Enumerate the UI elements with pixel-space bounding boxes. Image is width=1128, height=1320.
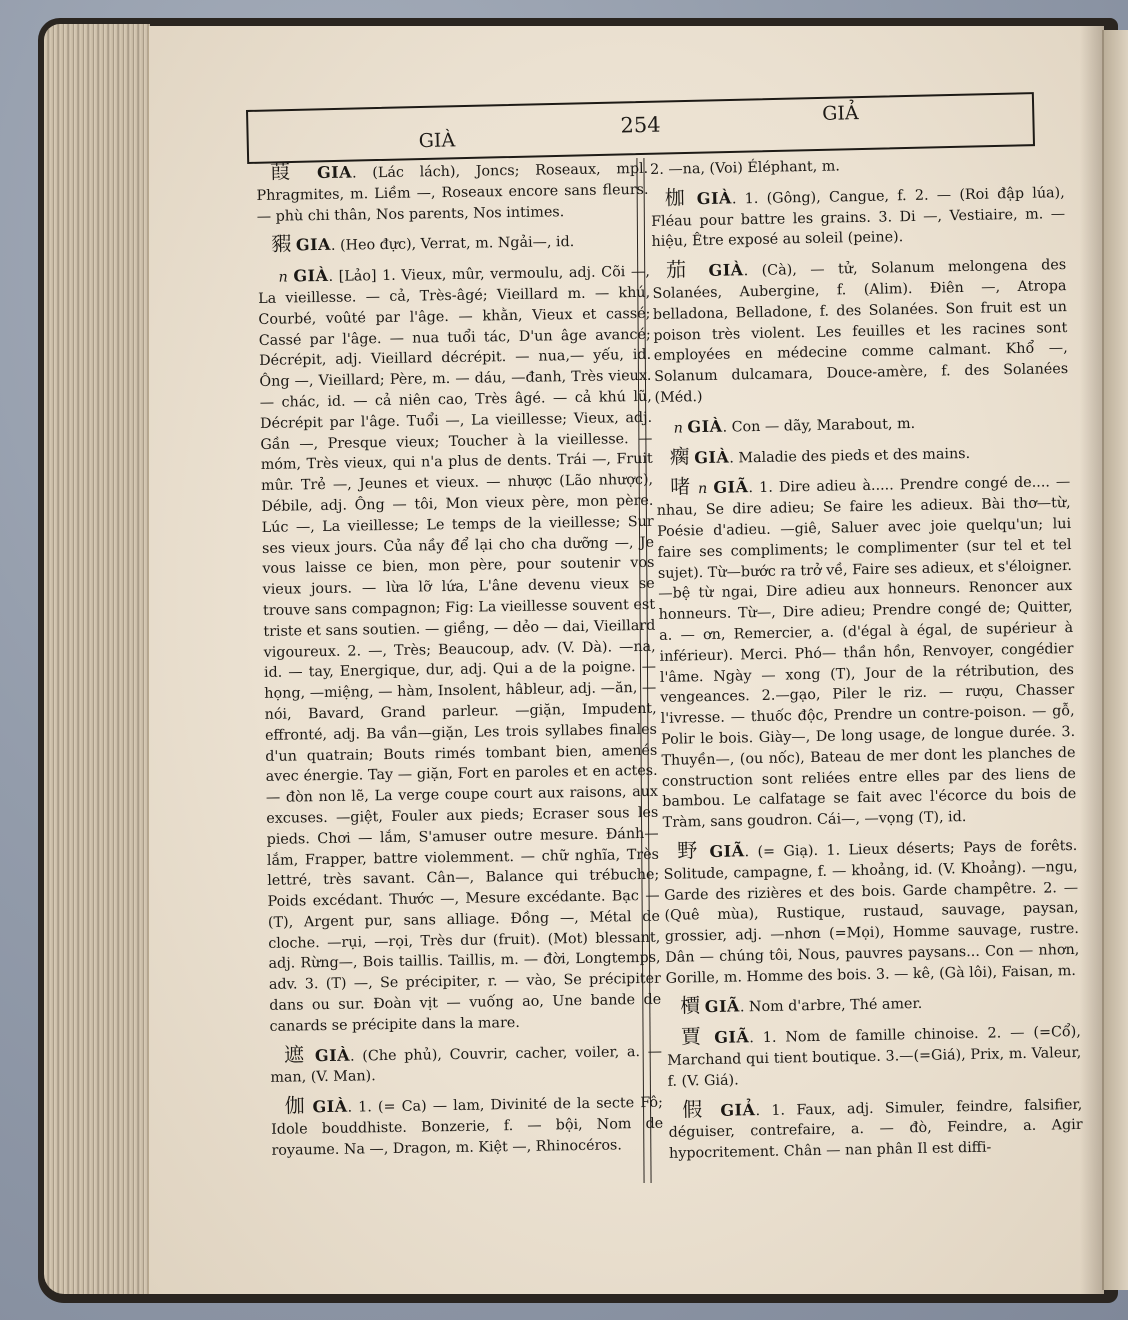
dictionary-entry: 伽 GIÀ. 1. (= Ca) — lam, Divinité de la s… bbox=[271, 1090, 664, 1162]
entry-definition: 2. —na, (Voi) Éléphant, m. bbox=[650, 158, 840, 178]
hanzi-character: 遮 bbox=[284, 1042, 308, 1066]
headword: GIÀ bbox=[694, 447, 729, 467]
dictionary-entry: 枷 GIÀ. 1. (Gông), Cangue, f. 2. — (Roi đ… bbox=[651, 180, 1066, 253]
headword: GIÃ bbox=[709, 841, 744, 861]
dictionary-entry: 茄 GIÀ. (Cà), — tử, Solanum melongena des… bbox=[652, 252, 1069, 408]
facing-page-edge bbox=[1102, 30, 1128, 1290]
hanzi-character: 茄 bbox=[666, 257, 695, 282]
headword: GIÀ bbox=[315, 1045, 350, 1065]
page-edges bbox=[44, 24, 150, 1294]
headword: GIÀ bbox=[697, 188, 732, 208]
hanzi-character: 葭 bbox=[270, 159, 302, 183]
headword: GIẢ bbox=[720, 1100, 755, 1120]
headword: GIA bbox=[296, 235, 331, 255]
dictionary-entry: 賈 GIÃ. 1. Nom de famille chinoise. 2. — … bbox=[667, 1019, 1082, 1092]
hanzi-character: 賈 bbox=[681, 1024, 706, 1048]
hanzi-character: 檟 bbox=[680, 994, 700, 1018]
dictionary-entry: 遮 GIÀ. (Che phủ), Couvrir, cacher, voile… bbox=[270, 1038, 663, 1089]
headword: GIÀ bbox=[708, 260, 743, 280]
hanzi-character: 假 bbox=[682, 1097, 709, 1122]
entry-definition: . Maladie des pieds et des mains. bbox=[729, 445, 970, 466]
dictionary-entry: 假 GIẢ. 1. Faux, adj. Simuler, feindre, f… bbox=[668, 1092, 1083, 1165]
entry-definition: . Nom d'arbre, Thé amer. bbox=[740, 996, 923, 1015]
hanzi-character: 瘸 bbox=[669, 444, 689, 468]
hanzi-character: 𦓅 bbox=[272, 263, 273, 287]
gutter-shadow bbox=[1080, 26, 1104, 1294]
headword: GIA bbox=[317, 162, 352, 182]
headword: GIÃ bbox=[705, 997, 740, 1017]
hanzi-character: 枷 bbox=[664, 185, 688, 209]
headword: GIÀ bbox=[312, 1097, 347, 1117]
hanzi-character: 伽 bbox=[285, 1094, 307, 1118]
dictionary-entry: 𦓅 n GIÀ. [Lảo] 1. Vieux, mûr, vermoulu, … bbox=[258, 259, 662, 1038]
dictionary-entry: 𦓅 n GIÀ. Con — dãy, Marabout, m. bbox=[655, 408, 1069, 440]
headword: GIÃ bbox=[714, 1028, 749, 1048]
hanzi-character: 啫 bbox=[670, 475, 692, 499]
dictionary-entry: 野 GIÃ. (= Giạ). 1. Lieux déserts; Pays d… bbox=[663, 833, 1080, 989]
headword: GIÀ bbox=[687, 416, 722, 436]
left-guide-word: GIÀ bbox=[419, 129, 456, 152]
dictionary-entry: 豭 GIA. (Heo đực), Verrat, m. Ngải—, id. bbox=[257, 228, 649, 258]
nom-marker: n bbox=[698, 481, 708, 497]
headword: GIÃ bbox=[713, 478, 748, 498]
entry-definition: . 1. Dire adieu à..... Prendre congé de.… bbox=[657, 474, 1077, 831]
dictionary-entry: 葭 GIA. (Lác lách), Joncs; Roseaux, mpl. … bbox=[256, 156, 649, 228]
right-column: 2. —na, (Voi) Éléphant, m.枷 GIÀ. 1. (Gôn… bbox=[650, 152, 1083, 1172]
entry-definition: . [Lảo] 1. Vieux, mûr, vermoulu, adj. Cõ… bbox=[258, 264, 661, 1035]
entry-definition: . (Lác lách), Joncs; Roseaux, mpl. Phrag… bbox=[256, 161, 648, 225]
headword: GIÀ bbox=[293, 266, 328, 286]
page-number: 254 bbox=[620, 113, 661, 138]
entry-definition: . Con — dãy, Marabout, m. bbox=[722, 416, 915, 436]
dictionary-entry: 檟 GIÃ. Nom d'arbre, Thé amer. bbox=[666, 988, 1080, 1020]
dictionary-entry: 啫 n GIÃ. 1. Dire adieu à..... Prendre co… bbox=[656, 469, 1077, 833]
hanzi-character: 豭 bbox=[271, 232, 291, 256]
nom-marker: n bbox=[674, 420, 684, 436]
entry-definition: . (Heo đực), Verrat, m. Ngải—, id. bbox=[331, 234, 575, 254]
nom-marker: n bbox=[278, 270, 287, 286]
left-column: 葭 GIA. (Lác lách), Joncs; Roseaux, mpl. … bbox=[256, 156, 664, 1169]
hanzi-character: 野 bbox=[677, 838, 701, 862]
dictionary-entry: 瘸 GIÀ. Maladie des pieds et des mains. bbox=[656, 439, 1070, 471]
right-guide-word: GIẢ bbox=[822, 102, 859, 125]
